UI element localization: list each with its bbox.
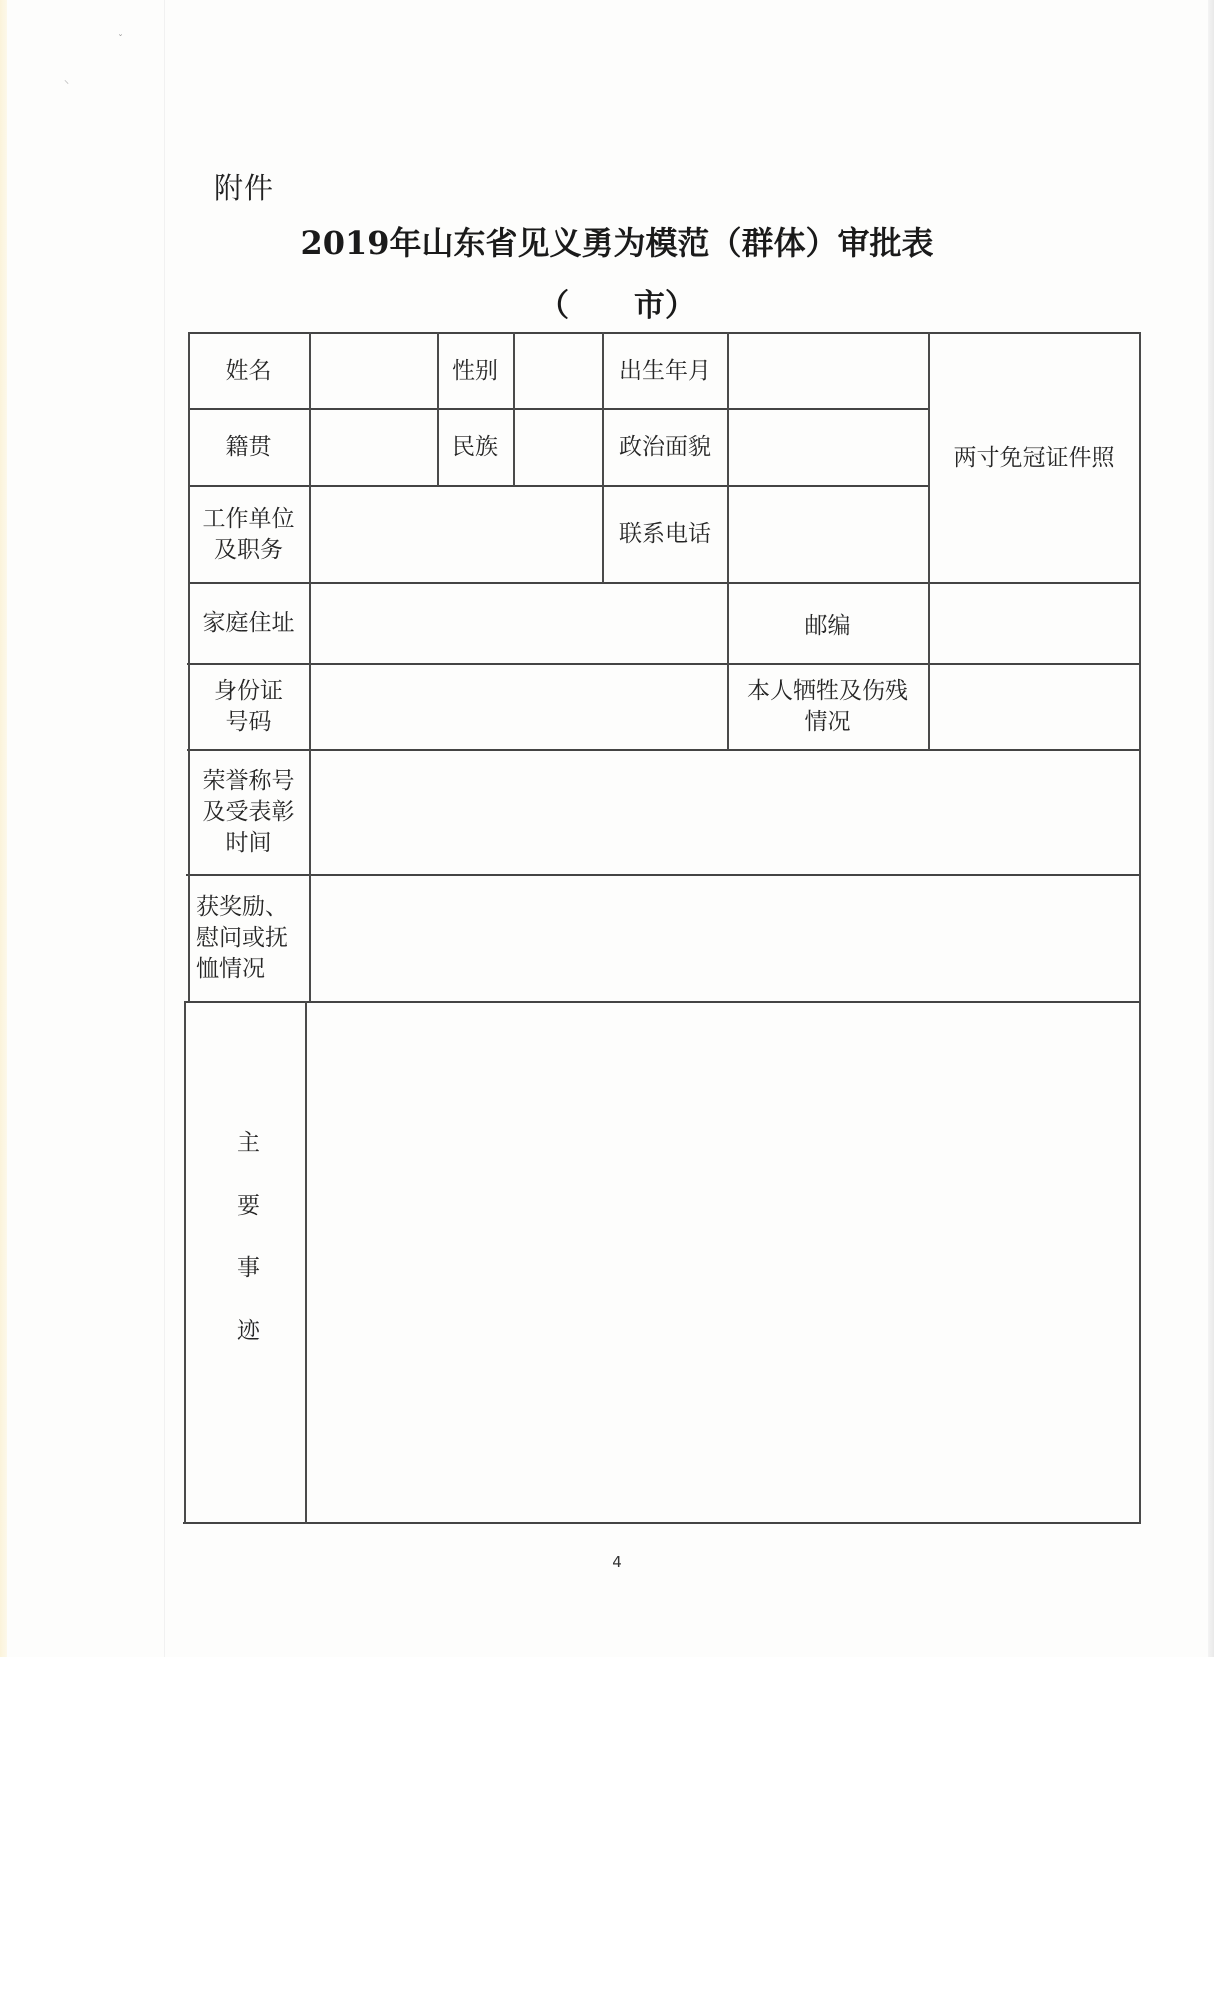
label-name: 姓名: [188, 333, 309, 409]
label-work-unit-line2: 及职务: [214, 535, 283, 566]
page-number: 4: [0, 1553, 1214, 1571]
attachment-label: 附件: [214, 166, 274, 207]
label-birth-date: 出生年月: [603, 333, 727, 409]
label-awards: 获奖励、 慰问或抚 恤情况: [188, 875, 309, 1002]
field-sacrifice-injury[interactable]: [928, 664, 1140, 750]
table-rule-vertical: [437, 332, 439, 486]
table-rule: [189, 408, 929, 410]
city-subtitle: （ 市）: [0, 280, 1214, 325]
label-honors-line3: 时间: [226, 828, 272, 859]
table-border-bottom: [183, 1522, 1139, 1524]
label-ethnicity: 民族: [437, 409, 513, 486]
label-honors-line2: 及受表彰: [203, 797, 295, 828]
table-rule: [185, 1001, 1140, 1003]
label-political-status: 政治面貌: [603, 409, 727, 486]
label-home-address: 家庭住址: [188, 583, 309, 664]
label-sacrifice-injury: 本人牺牲及伤残 情况: [727, 664, 928, 750]
table-rule: [187, 663, 1140, 665]
field-gender[interactable]: [513, 333, 603, 409]
table-border-top: [189, 332, 1141, 334]
label-phone: 联系电话: [603, 486, 727, 583]
label-work-unit-line1: 工作单位: [203, 504, 295, 535]
table-rule: [188, 582, 1140, 584]
label-native-place: 籍贯: [188, 409, 309, 486]
label-deeds-char-3: 事: [188, 1249, 309, 1282]
label-deeds-char-1: 主: [188, 1124, 309, 1157]
document-title: 2019年山东省见义勇为模范（群体）审批表: [0, 218, 1214, 264]
table-border-right: [1139, 332, 1141, 1524]
label-postal-code: 邮编: [727, 583, 928, 664]
scan-speck: ˇ: [118, 34, 123, 45]
field-home-address[interactable]: [309, 583, 727, 664]
field-id-number[interactable]: [309, 664, 727, 750]
table-rule-vertical: [309, 332, 311, 1002]
table-rule-vertical: [602, 332, 604, 583]
label-work-unit: 工作单位 及职务: [188, 486, 309, 583]
label-deeds-char-2: 要: [188, 1187, 309, 1220]
label-sacrifice-line1: 本人牺牲及伤残: [747, 676, 908, 707]
table-rule: [188, 485, 929, 487]
label-deeds-char-4: 迹: [188, 1312, 309, 1345]
field-work-unit[interactable]: [309, 486, 603, 583]
label-sacrifice-line2: 情况: [805, 707, 851, 738]
label-awards-line2: 慰问或抚: [196, 923, 288, 954]
label-honors: 荣誉称号 及受表彰 时间: [188, 750, 309, 875]
label-id-number: 身份证 号码: [188, 664, 309, 750]
field-phone[interactable]: [727, 486, 928, 583]
scanned-page: ˇ ⸜ 附件 2019年山东省见义勇为模范（群体）审批表 （ 市） 姓名 性别 …: [0, 0, 1214, 1657]
label-id-number-line2: 号码: [226, 707, 272, 738]
label-honors-line1: 荣誉称号: [203, 766, 295, 797]
field-honors[interactable]: [309, 750, 1140, 875]
table-border-left: [188, 332, 190, 1002]
field-name[interactable]: [309, 333, 437, 409]
table-rule: [187, 749, 1140, 751]
field-postal-code[interactable]: [928, 583, 1140, 664]
table-border-left: [184, 1001, 186, 1524]
scan-speck: ⸜: [64, 72, 69, 86]
table-rule-vertical: [305, 1001, 307, 1524]
field-main-deeds[interactable]: [309, 1002, 1140, 1523]
table-rule: [186, 874, 1140, 876]
field-awards[interactable]: [309, 875, 1140, 1002]
label-awards-line1: 获奖励、: [196, 892, 288, 923]
field-ethnicity[interactable]: [513, 409, 603, 486]
table-rule-vertical: [513, 332, 515, 486]
photo-placeholder: 两寸免冠证件照: [928, 333, 1140, 583]
table-rule-vertical: [727, 332, 729, 750]
field-native-place[interactable]: [309, 409, 437, 486]
field-birth-date[interactable]: [727, 333, 928, 409]
label-gender: 性别: [437, 333, 513, 409]
label-id-number-line1: 身份证: [214, 676, 283, 707]
field-political-status[interactable]: [727, 409, 928, 486]
label-awards-line3: 恤情况: [196, 954, 265, 985]
table-rule-vertical: [928, 332, 930, 750]
